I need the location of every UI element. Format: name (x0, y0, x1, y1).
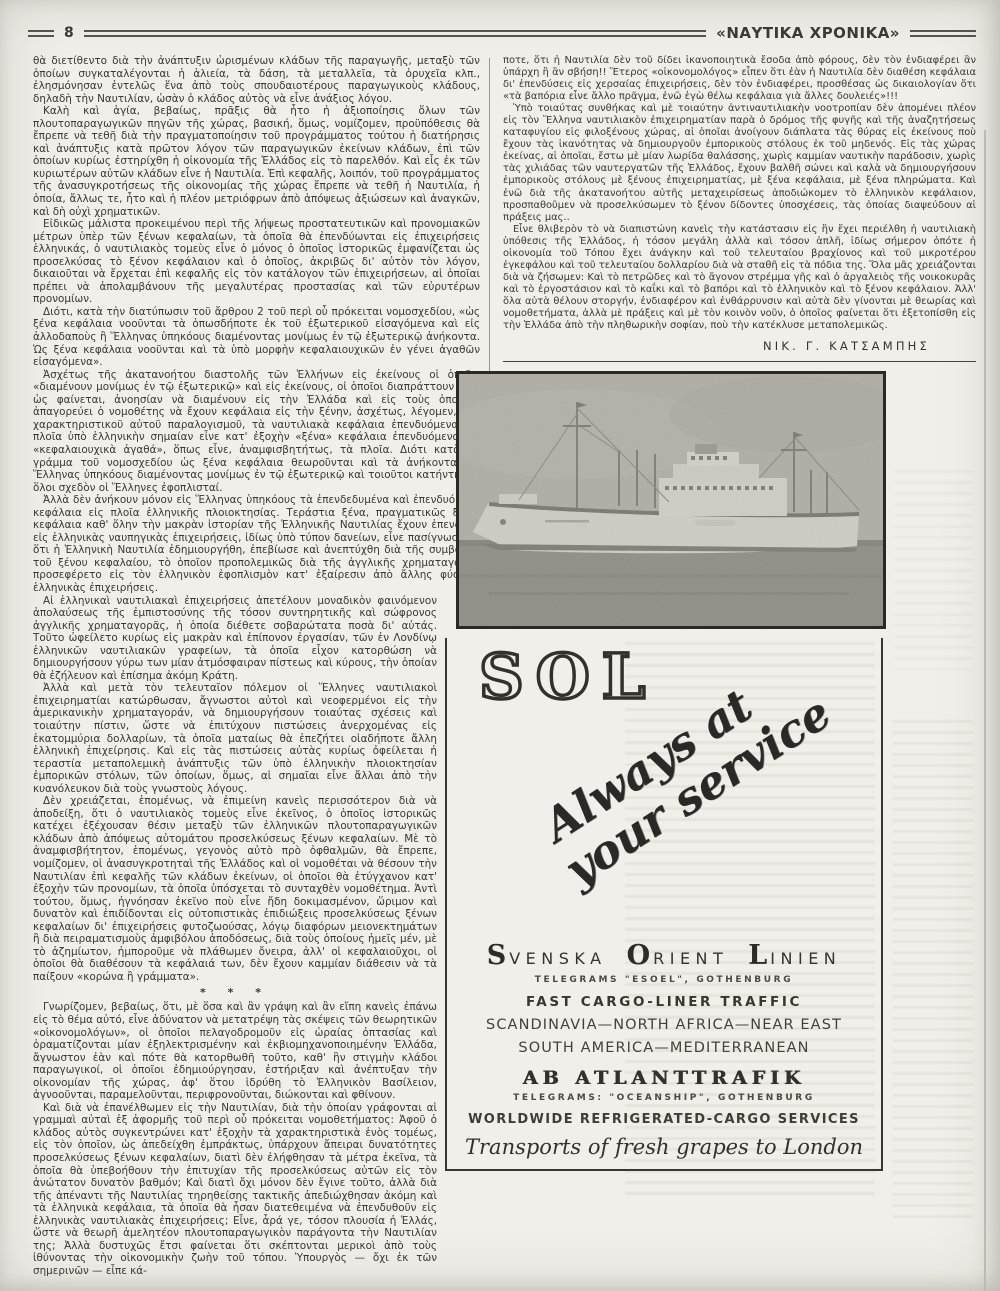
cargo-ship-photo (456, 371, 886, 629)
scan-page-edge (984, 130, 986, 1291)
page-number: 8 (64, 25, 74, 41)
telegrams-line-1: TELEGRAMS "ESOEL", GOTHENBURG (457, 975, 871, 985)
article-column-left: θὰ διετίθεντο διὰ τὴν ἀνάπτυξιν ὡρισμένω… (33, 55, 480, 1278)
section-separator: * * * (33, 986, 437, 999)
brand-word: O RIENT (627, 940, 729, 971)
article-column-left-lower: Αἱ ἑλληνικαὶ ναυτιλιακαὶ ἐπιχειρήσεις ἀπ… (33, 595, 437, 1278)
paragraph: Καλὴ καὶ ἁγία, βεβαίως, πρᾶξις θὰ ἦτο ἡ … (33, 105, 480, 218)
sol-logo: SOL (479, 646, 657, 708)
brand-name-line: S VENSKA O RIENT L INIEN (457, 940, 871, 971)
brand-initial: L (748, 940, 767, 971)
masthead-title: «ΝΑΥΤΙΚΑ ΧΡΟΝΙΚΑ» (716, 24, 900, 42)
paragraph: Δὲν χρειάζεται, ἑπομένως, νὰ ἐπιμείνη κα… (33, 795, 437, 983)
header-rule-center (84, 30, 706, 37)
paragraph: Ἀσχέτως τῆς ἀκατανοήτου διαστολῆς τῶν Ἑλ… (33, 369, 480, 494)
service-line-2: WORLDWIDE REFRIGERATED-CARGO SERVICES (457, 1112, 871, 1127)
route-line-1: SCANDINAVIA—NORTH AFRICA—NEAR EAST (457, 1017, 871, 1033)
cargo-ship-illustration (459, 374, 883, 626)
service-line-1: FAST CARGO-LINER TRAFFIC (457, 994, 871, 1010)
magazine-page: 8 «ΝΑΥΤΙΚΑ ΧΡΟΝΙΚΑ» θὰ διετίθεντο διὰ τὴ… (0, 0, 1000, 1291)
sol-advertisement: SOL Always at your service S VENSKA O RI… (445, 638, 883, 1171)
paragraph: Ὑπὸ τοιαύτας συνθήκας καὶ μὲ τοιαύτην ἀν… (503, 103, 976, 223)
header-rule-right (910, 30, 976, 37)
paragraph: Διότι, κατὰ τὴν διατύπωσιν τοῦ ἄρθρου 2 … (33, 306, 480, 369)
page-header: 8 «ΝΑΥΤΙΚΑ ΧΡΟΝΙΚΑ» (28, 24, 976, 42)
brand-rest: RIENT (653, 949, 728, 968)
header-rule-left (28, 30, 54, 37)
paragraph: Εἰδικῶς μάλιστα προκειμένου περὶ τῆς λήψ… (33, 218, 480, 306)
brand-initial: O (627, 940, 651, 971)
paragraph: θὰ διετίθεντο διὰ τὴν ἀνάπτυξιν ὡρισμένω… (33, 55, 480, 105)
telegrams-line-2: TELEGRAMS: "OCEANSHIP", GOTHENBURG (457, 1093, 871, 1103)
brand-word: L INIEN (748, 940, 841, 971)
paragraph: Αἱ ἑλληνικαὶ ναυτιλιακαὶ ἐπιχειρήσεις ἀπ… (33, 595, 437, 683)
section-rule (503, 361, 976, 362)
brand-initial: S (487, 940, 507, 971)
article-column-right: ποτε, ὅτι ἡ Ναυτιλία δὲν τοῦ δίδει ἱκανο… (503, 55, 976, 1171)
paragraph: Εἶνε θλιβερὸν τὸ νὰ διαπιστώνη κανεὶς τὴ… (503, 224, 976, 332)
route-line-2: SOUTH AMERICA—MEDITERRANEAN (457, 1040, 871, 1056)
brand-rest: VENSKA (509, 949, 606, 968)
brand-word: S VENSKA (487, 940, 607, 971)
paragraph: ποτε, ὅτι ἡ Ναυτιλία δὲν τοῦ δίδει ἱκανο… (503, 55, 976, 103)
author-signature: ΝΙΚ. Γ. ΚΑΤΣΑΜΠΗΣ (503, 339, 976, 353)
ad-hero-area: SOL Always at your service (457, 642, 871, 938)
paragraph: Ἀλλὰ καὶ μετὰ τὸν τελευταῖον πόλεμον οἱ … (33, 682, 437, 795)
atlanttrafik-brand: AB ATLANTTRAFIK (457, 1067, 871, 1089)
paragraph: Γνωρίζομεν, βεβαίως, ὅτι, μὲ ὅσα καὶ ἂν … (33, 1001, 437, 1101)
paragraph: Ἀλλὰ δὲν ἀνήκουν μόνον εἰς Ἕλληνας ὑπηκό… (33, 494, 480, 594)
ad-script-footer: Transports of fresh grapes to London (457, 1135, 871, 1159)
paragraph: Καὶ διὰ νὰ ἐπανέλθωμεν εἰς τὴν Ναυτιλίαν… (33, 1102, 437, 1278)
brand-rest: INIEN (770, 949, 841, 968)
